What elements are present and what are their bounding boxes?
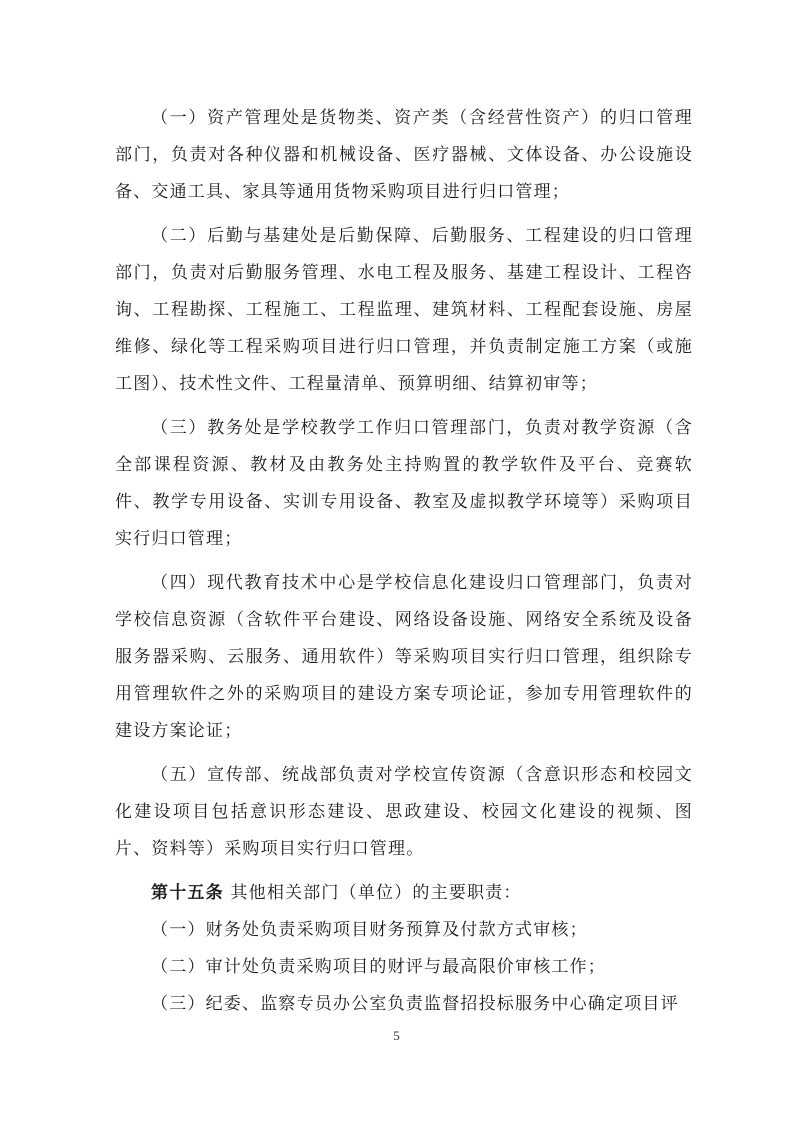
paragraph-education-technology: （四）现代教育技术中心是学校信息化建设归口管理部门，负责对学校信息资源（含软件平… [115,565,693,750]
paragraph-academic-affairs: （三）教务处是学校教学工作归口管理部门，负责对教学资源（含全部课程资源、教材及由… [115,410,693,558]
paragraph-logistics-construction: （二）后勤与基建处是后勤保障、后勤服务、工程建设的归口管理部门，负责对后勤服务管… [115,218,693,403]
article-item-audit: （二）审计处负责采购项目的财评与最高限价审核工作； [115,949,693,986]
page-number: 5 [0,1028,793,1044]
paragraph-asset-management: （一）资产管理处是货物类、资产类（含经营性资产）的归口管理部门，负责对各种仪器和… [115,100,693,211]
article-fifteen: 第十五条 其他相关部门（单位）的主要职责： [115,875,693,912]
article-item-finance: （一）财务处负责采购项目财务预算及付款方式审核； [115,912,693,949]
paragraph-publicity: （五）宣传部、统战部负责对学校宣传资源（含意识形态和校园文化建设项目包括意识形态… [115,757,693,868]
article-item-discipline: （三）纪委、监察专员办公室负责监督招投标服务中心确定项目评 [115,986,693,1023]
article-title: 第十五条 [151,883,224,903]
document-page: （一）资产管理处是货物类、资产类（含经营性资产）的归口管理部门，负责对各种仪器和… [115,100,693,1023]
article-text: 其他相关部门（单位）的主要职责： [224,883,522,903]
